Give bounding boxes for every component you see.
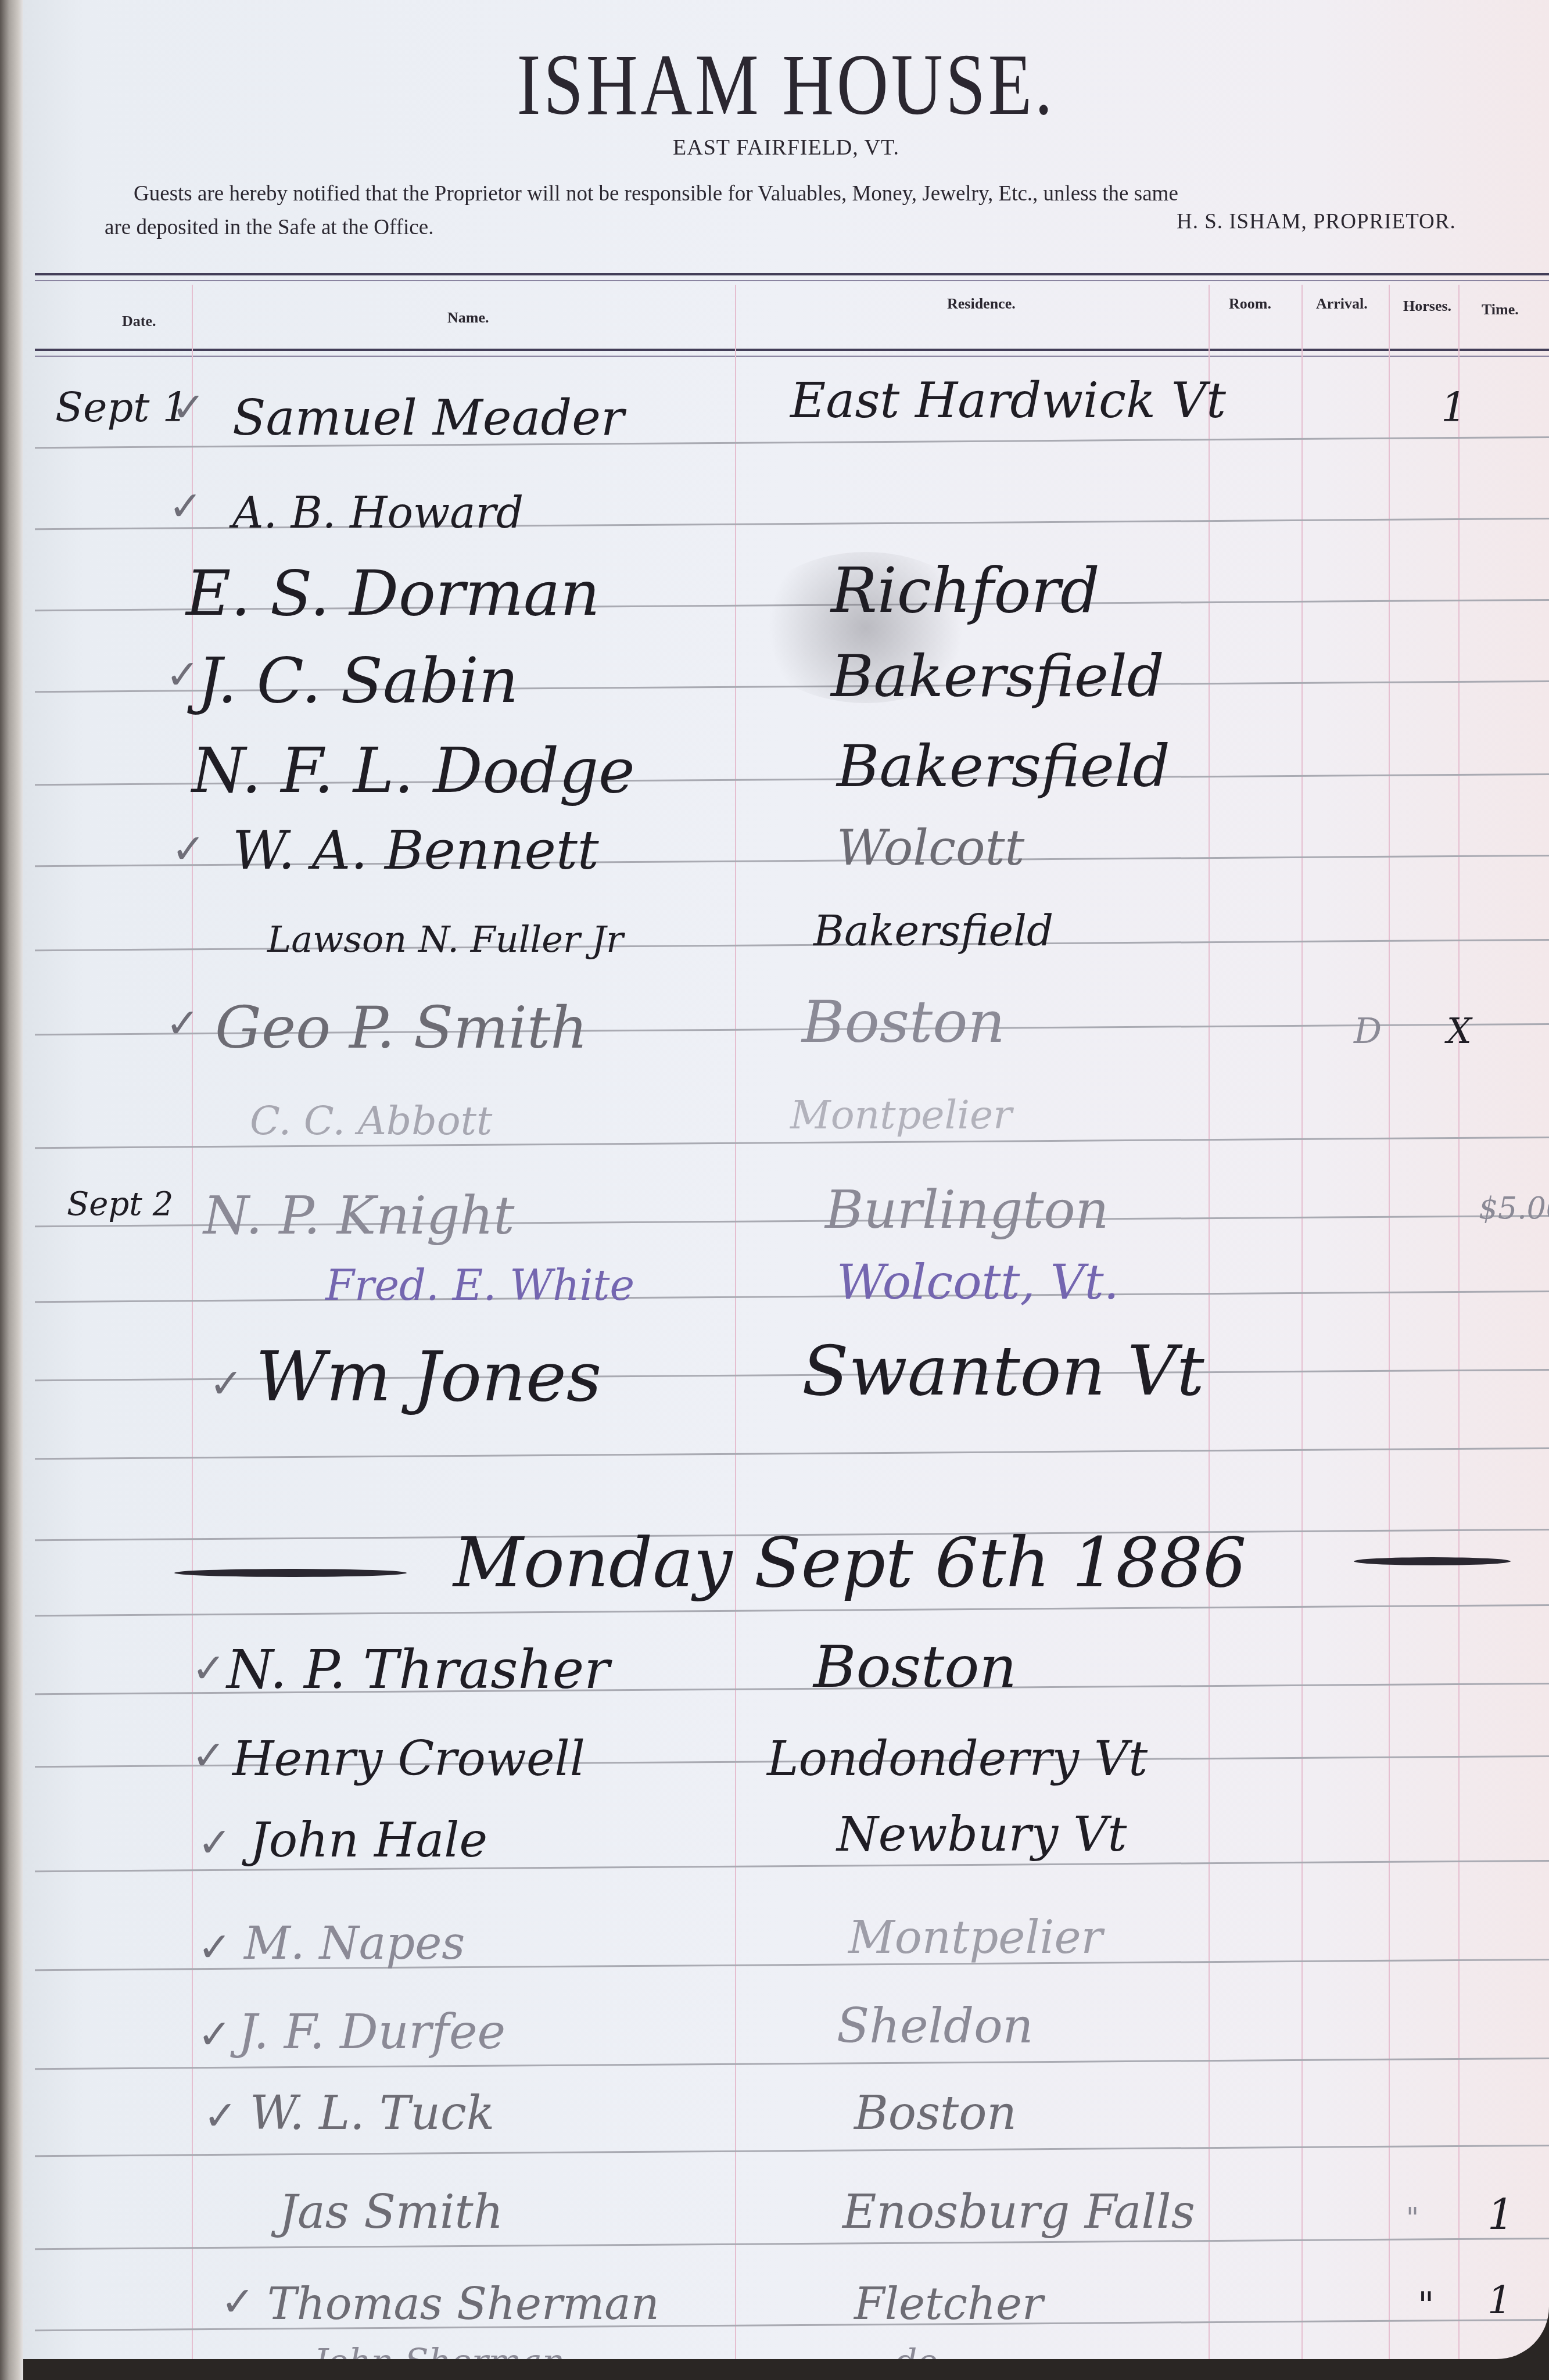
checkmark-icon: ✓ <box>198 2010 232 2058</box>
entry-time-amount: $5.00 <box>1479 1191 1549 1226</box>
entry-horses: 1 <box>1441 383 1467 431</box>
entry-name: J. C. Sabin <box>198 645 518 716</box>
entry-arrival: " <box>1406 2202 1419 2235</box>
notice-line-2: are deposited in the Safe at the Office. <box>105 215 433 240</box>
entry-residence: Boston <box>813 1633 1017 1701</box>
col-divider <box>1209 285 1210 2359</box>
entry-residence: Richford <box>831 555 1100 626</box>
checkmark-icon: ✓ <box>221 2278 255 2325</box>
col-room: Room. <box>1229 295 1271 313</box>
book-binding <box>0 0 23 2380</box>
col-name: Name. <box>447 309 489 327</box>
entry-residence: Bakersfield <box>813 906 1053 955</box>
checkmark-icon: ✓ <box>171 825 206 873</box>
entry-residence: Boston <box>802 988 1005 1056</box>
entry-name: M. Napes <box>244 1917 465 1970</box>
ruled-line <box>35 2319 1549 2331</box>
entry-residence: Fletcher <box>854 2278 1043 2329</box>
entry-name: Geo P. Smith <box>215 994 588 1062</box>
entry-name: Fred. E. White <box>325 1261 634 1310</box>
header-rule-top <box>35 273 1549 275</box>
entry-arrival: X <box>1447 1011 1472 1052</box>
col-divider <box>735 285 736 2359</box>
page-title: ISHAM HOUSE. <box>160 35 1411 135</box>
entry-residence: Montpelier <box>790 1092 1012 1138</box>
entry-residence: Enosburg Falls <box>842 2185 1195 2239</box>
entry-arrival: " <box>1418 2284 1435 2326</box>
checkmark-icon: ✓ <box>166 651 200 698</box>
entry-residence: Wolcott <box>837 819 1024 876</box>
checkmark-icon: ✓ <box>166 999 200 1047</box>
proprietor-name: H. S. ISHAM, PROPRIETOR. <box>1177 209 1456 234</box>
decorative-swash-left <box>174 1569 407 1577</box>
checkmark-icon: ✓ <box>171 383 206 431</box>
header-rule-bottom-thin <box>35 356 1549 357</box>
col-time: Time. <box>1482 301 1519 318</box>
checkmark-icon: ✓ <box>198 1923 232 1971</box>
entry-residence: East Hardwick Vt <box>790 372 1226 429</box>
entry-name: A. B. Howard <box>232 488 523 538</box>
entry-name: W. A. Bennett <box>232 819 599 881</box>
entry-residence: Bakersfield <box>831 642 1164 710</box>
day-heading: Monday Sept 6th 1886 <box>453 1522 1246 1603</box>
entry-residence: Newbury Vt <box>837 1807 1127 1862</box>
col-residence: Residence. <box>947 295 1016 313</box>
col-arrival: Arrival. <box>1316 295 1368 313</box>
entry-residence: Bakersfield <box>837 732 1170 800</box>
entry-name: Thomas Sherman <box>267 2278 659 2329</box>
entry-residence: Sheldon <box>837 1999 1033 2054</box>
entry-residence: Boston <box>854 2086 1017 2140</box>
ruled-line <box>35 939 1549 951</box>
entry-name: W. L. Tuck <box>250 2086 494 2140</box>
ruled-line <box>35 1291 1549 1303</box>
hotel-location: EAST FAIRFIELD, VT. <box>23 135 1549 160</box>
decorative-swash-right <box>1354 1557 1511 1565</box>
ruled-line <box>35 2238 1549 2250</box>
entry-residence: Swanton Vt <box>802 1331 1204 1411</box>
header-rule-bottom <box>35 349 1549 351</box>
checkmark-icon: ✓ <box>192 1644 226 1692</box>
entry-name: C. C. Abbott <box>250 1098 492 1144</box>
entry-residence: Londonderry Vt <box>767 1732 1148 1787</box>
checkmark-icon: ✓ <box>168 482 203 530</box>
entry-name: Henry Crowell <box>232 1732 585 1787</box>
header-rule-top-thin <box>35 280 1549 281</box>
entry-name: Wm Jones <box>256 1336 601 1417</box>
entry-date: Sept 1 <box>55 383 188 431</box>
entry-residence: Burlington <box>825 1180 1109 1241</box>
checkmark-icon: ✓ <box>198 1819 232 1866</box>
entry-horses: 1 <box>1487 2278 1512 2322</box>
entry-residence: do <box>895 2342 938 2359</box>
entry-date: Sept 2 <box>67 1185 173 1223</box>
entry-name: N. P. Thrasher <box>227 1639 609 1701</box>
ruled-line <box>35 1447 1549 1460</box>
entry-name: John Hale <box>250 1813 487 1868</box>
checkmark-icon: ✓ <box>203 2092 238 2139</box>
entry-name: John Sherman <box>314 2342 565 2359</box>
ruled-line <box>35 1604 1549 1616</box>
entry-residence: Montpelier <box>848 1912 1103 1964</box>
entry-name: Samuel Meader <box>232 389 624 446</box>
col-divider <box>1389 285 1390 2359</box>
col-divider <box>1458 285 1460 2359</box>
entry-name: Jas Smith <box>279 2185 503 2239</box>
entry-name: Lawson N. Fuller Jr <box>267 918 623 960</box>
entry-residence: Wolcott, Vt. <box>837 1255 1119 1310</box>
checkmark-icon: ✓ <box>192 1732 226 1779</box>
entry-name: J. F. Durfee <box>238 2005 505 2060</box>
notice-line-1: Guests are hereby notified that the Prop… <box>134 179 1540 209</box>
col-divider <box>1301 285 1303 2359</box>
ruled-line <box>35 2145 1549 2157</box>
register-page: ISHAM HOUSE. EAST FAIRFIELD, VT. Guests … <box>23 0 1549 2359</box>
entry-name: E. S. Dorman <box>186 558 600 629</box>
entry-name: N. P. Knight <box>203 1185 514 1246</box>
col-date: Date. <box>122 313 156 330</box>
entry-horses: 1 <box>1487 2191 1514 2239</box>
col-horses: Horses. <box>1403 297 1451 315</box>
checkmark-icon: ✓ <box>209 1360 243 1407</box>
entry-room: D <box>1354 1011 1382 1052</box>
entry-name: N. F. L. Dodge <box>192 735 635 807</box>
